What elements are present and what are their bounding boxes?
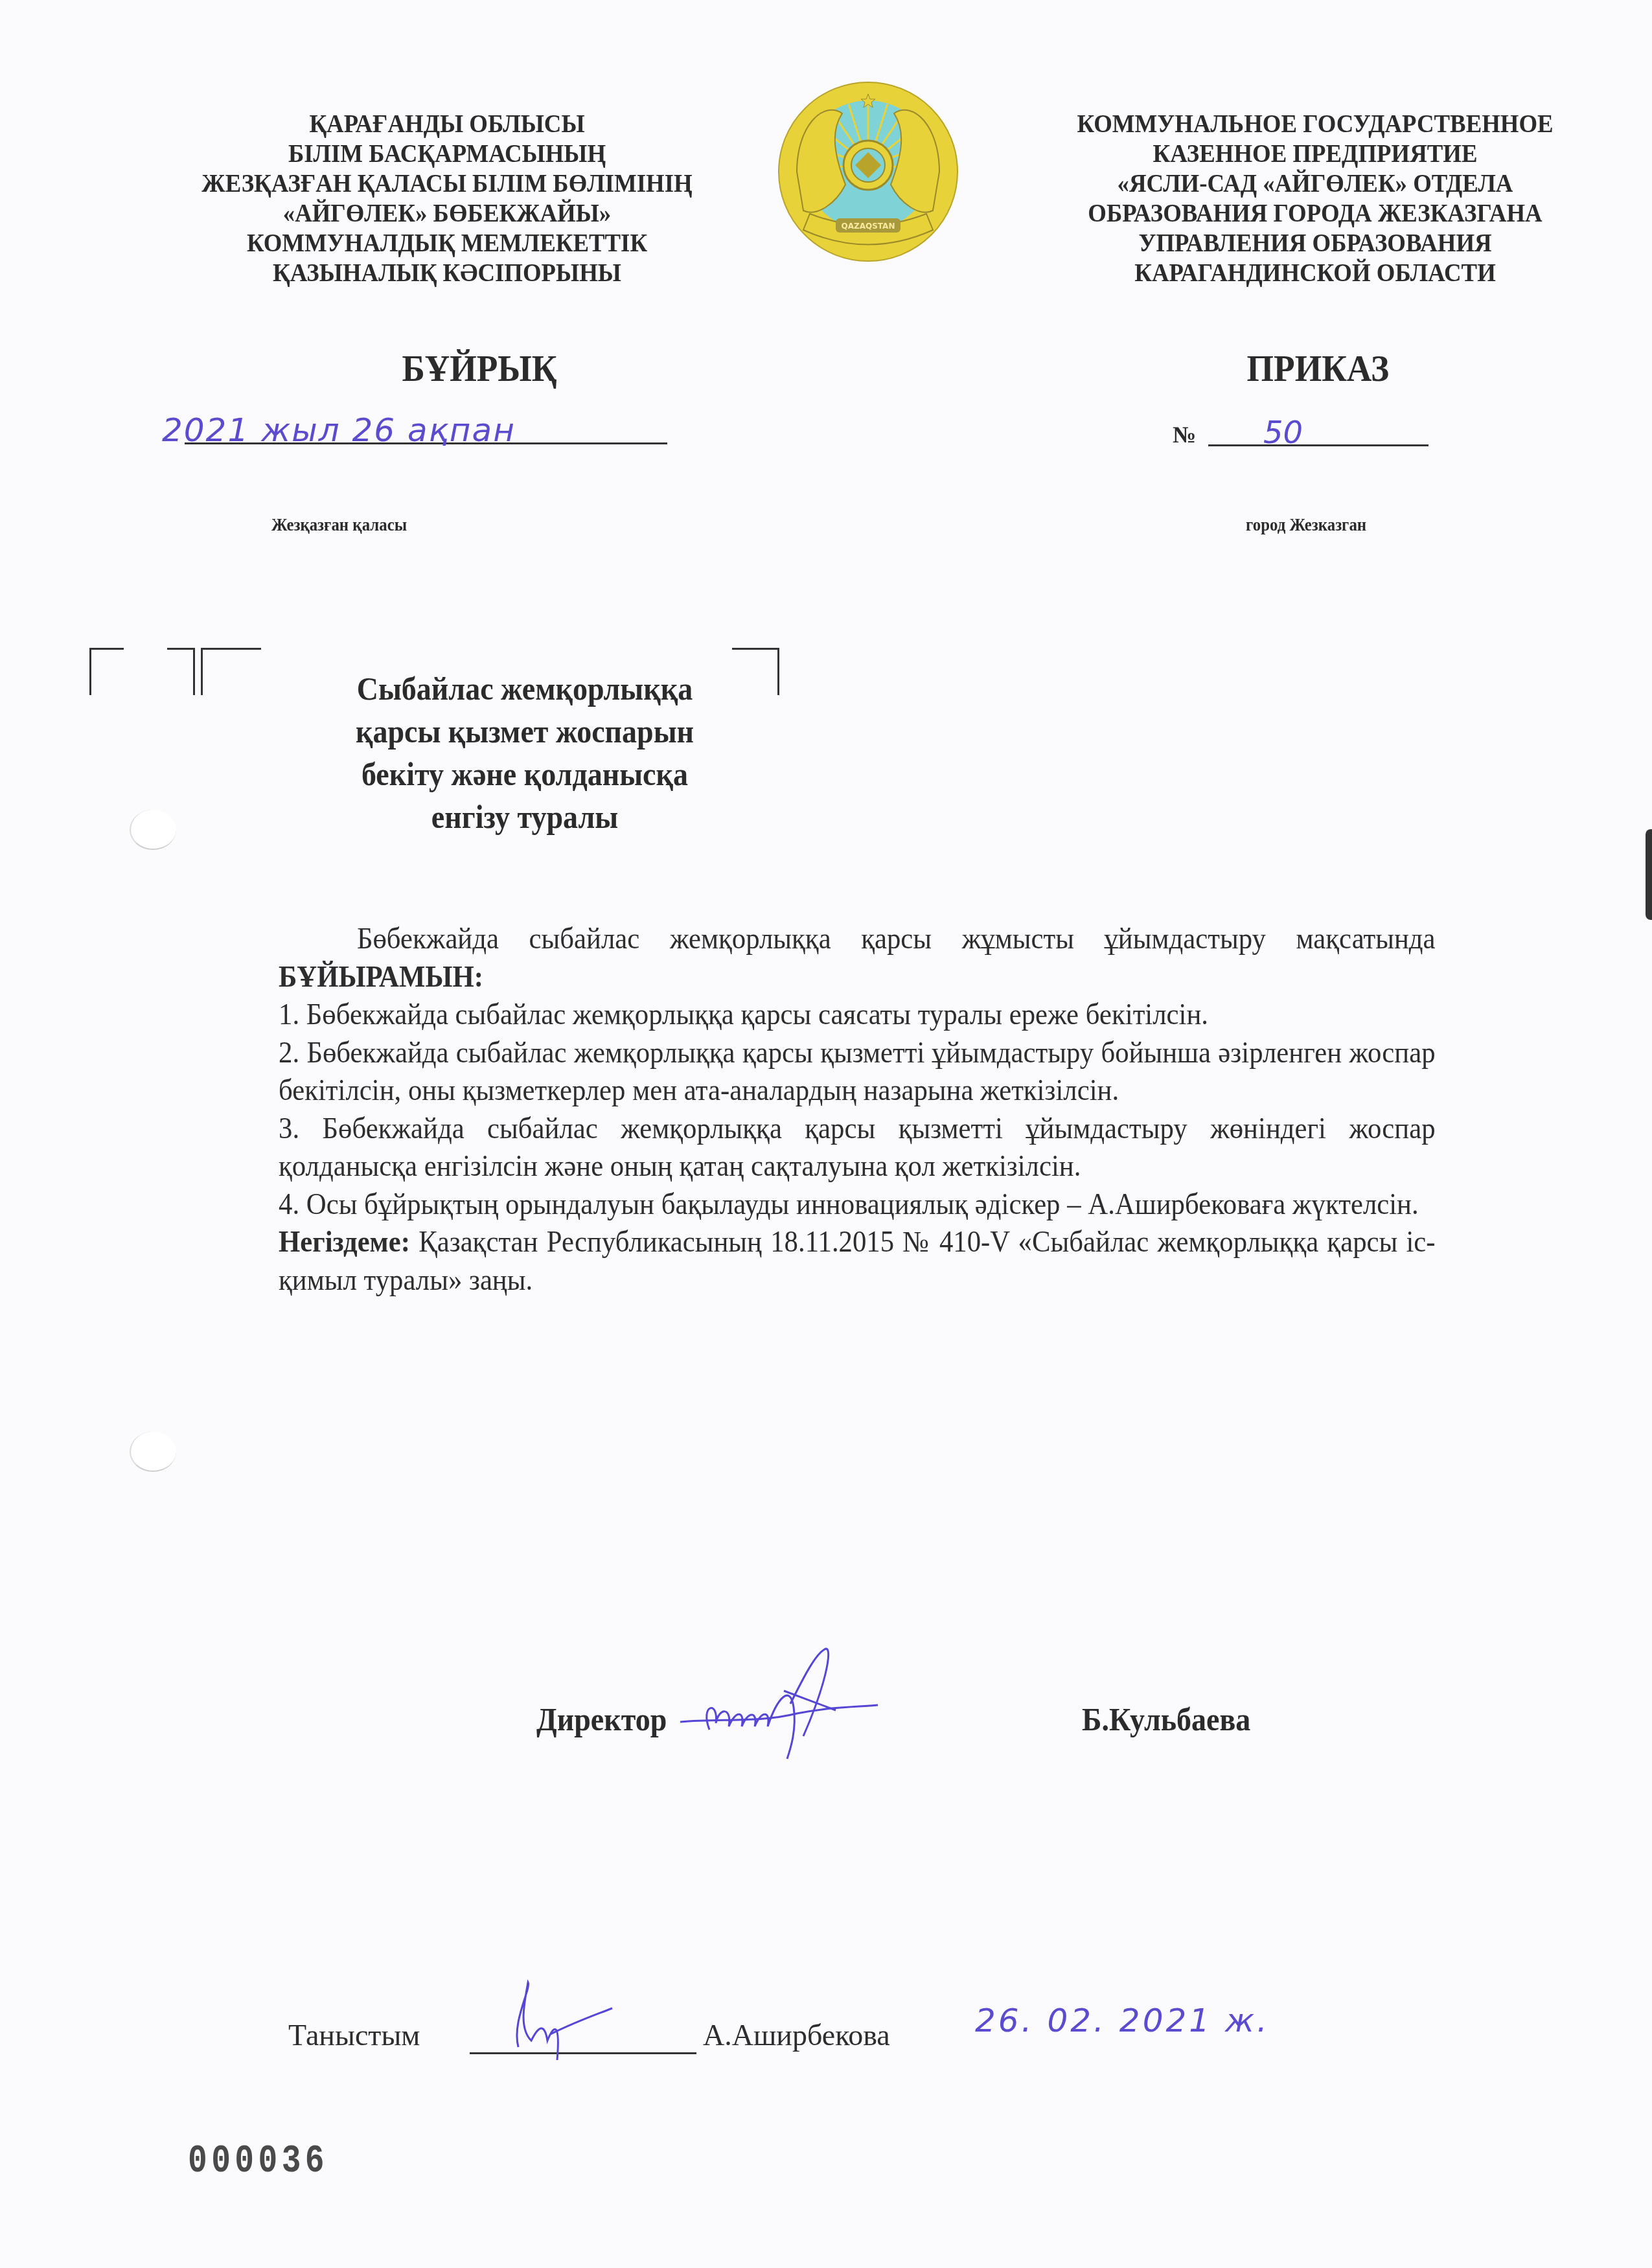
header-right-line: КАРАГАНДИНСКОЙ ОБЛАСТИ bbox=[1047, 258, 1583, 288]
header-left-line: ЖЕЗҚАЗҒАН ҚАЛАСЫ БІЛІМ БӨЛІМІНІҢ bbox=[179, 168, 715, 198]
acknowledgement-name: А.Аширбекова bbox=[703, 2018, 890, 2052]
order-number-handwritten: 50 bbox=[1263, 415, 1303, 451]
header-left-line: КОММУНАЛДЫҚ МЕМЛЕКЕТТІК bbox=[179, 228, 715, 258]
acknowledgement-signature-icon bbox=[492, 1969, 654, 2067]
header-right-line: «ЯСЛИ-САД «АЙГӨЛЕК» ОТДЕЛА bbox=[1047, 168, 1583, 198]
body-item: 3. Бөбекжайда сыбайлас жемқорлыққа қарсы… bbox=[279, 1110, 1436, 1186]
body-basis: Негіздеме: Қазақстан Республикасының 18.… bbox=[279, 1223, 1436, 1299]
order-body: Бөбекжайда сыбайлас жемқорлыққа қарсы жұ… bbox=[279, 920, 1436, 1299]
bracket-corner bbox=[201, 648, 261, 695]
director-title: Директор bbox=[536, 1701, 667, 1738]
hole-punch-mark bbox=[130, 810, 176, 850]
header-kazakh-organization: ҚАРАҒАНДЫ ОБЛЫСЫ БІЛІМ БАСҚАРМАСЫНЫҢ ЖЕЗ… bbox=[179, 109, 715, 288]
header-left-line: ҚАЗЫНАЛЫҚ КӘСІПОРЫНЫ bbox=[179, 258, 715, 288]
kazakhstan-state-emblem-icon: QAZAQSTAN bbox=[771, 74, 965, 269]
header-right-line: УПРАВЛЕНИЯ ОБРАЗОВАНИЯ bbox=[1047, 228, 1583, 258]
body-intro: Бөбекжайда сыбайлас жемқорлыққа қарсы жұ… bbox=[279, 920, 1436, 996]
body-item: 1. Бөбекжайда сыбайлас жемқорлыққа қарсы… bbox=[279, 996, 1436, 1034]
city-kazakh: Жезқазған қаласы bbox=[271, 515, 407, 535]
subject-line: қарсы қызмет жоспарын bbox=[292, 710, 757, 753]
basis-label: Негіздеме: bbox=[279, 1225, 410, 1258]
bracket-corner bbox=[167, 648, 195, 695]
order-title-kazakh: БҰЙРЫҚ bbox=[402, 347, 556, 390]
order-number-label: № bbox=[1173, 421, 1196, 448]
header-right-line: ОБРАЗОВАНИЯ ГОРОДА ЖЕЗКАЗГАНА bbox=[1047, 198, 1583, 228]
subject-line: Сыбайлас жемқорлыққа bbox=[292, 667, 757, 710]
header-left-line: БІЛІМ БАСҚАРМАСЫНЫҢ bbox=[179, 139, 715, 168]
director-signature-icon bbox=[680, 1645, 913, 1775]
number-underline bbox=[1208, 444, 1428, 446]
serial-number-stamp: 000036 bbox=[188, 2138, 328, 2184]
order-title-russian: ПРИКАЗ bbox=[1247, 347, 1390, 390]
header-right-line: КОММУНАЛЬНОЕ ГОСУДАРСТВЕННОЕ bbox=[1047, 109, 1583, 139]
scan-edge-shadow bbox=[1646, 829, 1652, 920]
header-russian-organization: КОММУНАЛЬНОЕ ГОСУДАРСТВЕННОЕ КАЗЕННОЕ ПР… bbox=[1047, 109, 1583, 288]
acknowledgement-label: Таныстым bbox=[288, 2018, 420, 2052]
bracket-corner bbox=[89, 648, 124, 695]
acknowledgement-date-handwritten: 26. 02. 2021 ж. bbox=[975, 2002, 1270, 2039]
order-directive: БҰЙЫРАМЫН: bbox=[279, 960, 483, 993]
header-right-line: КАЗЕННОЕ ПРЕДПРИЯТИЕ bbox=[1047, 139, 1583, 168]
subject-line: енгізу туралы bbox=[292, 796, 757, 838]
city-russian: город Жезказган bbox=[1246, 515, 1366, 535]
header-left-line: ҚАРАҒАНДЫ ОБЛЫСЫ bbox=[179, 109, 715, 139]
subject-line: бекіту және қолданысқа bbox=[292, 753, 757, 796]
order-subject: Сыбайлас жемқорлыққа қарсы қызмет жоспар… bbox=[292, 667, 757, 838]
header-left-line: «АЙГӨЛЕК» БӨБЕКЖАЙЫ» bbox=[179, 198, 715, 228]
svg-text:QAZAQSTAN: QAZAQSTAN bbox=[842, 222, 895, 231]
body-item: 2. Бөбекжайда сыбайлас жемқорлыққа қарсы… bbox=[279, 1034, 1436, 1110]
order-date-handwritten: 2021 жыл 26 ақпан bbox=[162, 411, 516, 449]
body-item: 4. Осы бұйрықтың орындалуын бақылауды ин… bbox=[279, 1186, 1436, 1224]
director-name: Б.Кульбаева bbox=[1082, 1701, 1250, 1738]
hole-punch-mark bbox=[130, 1432, 176, 1472]
